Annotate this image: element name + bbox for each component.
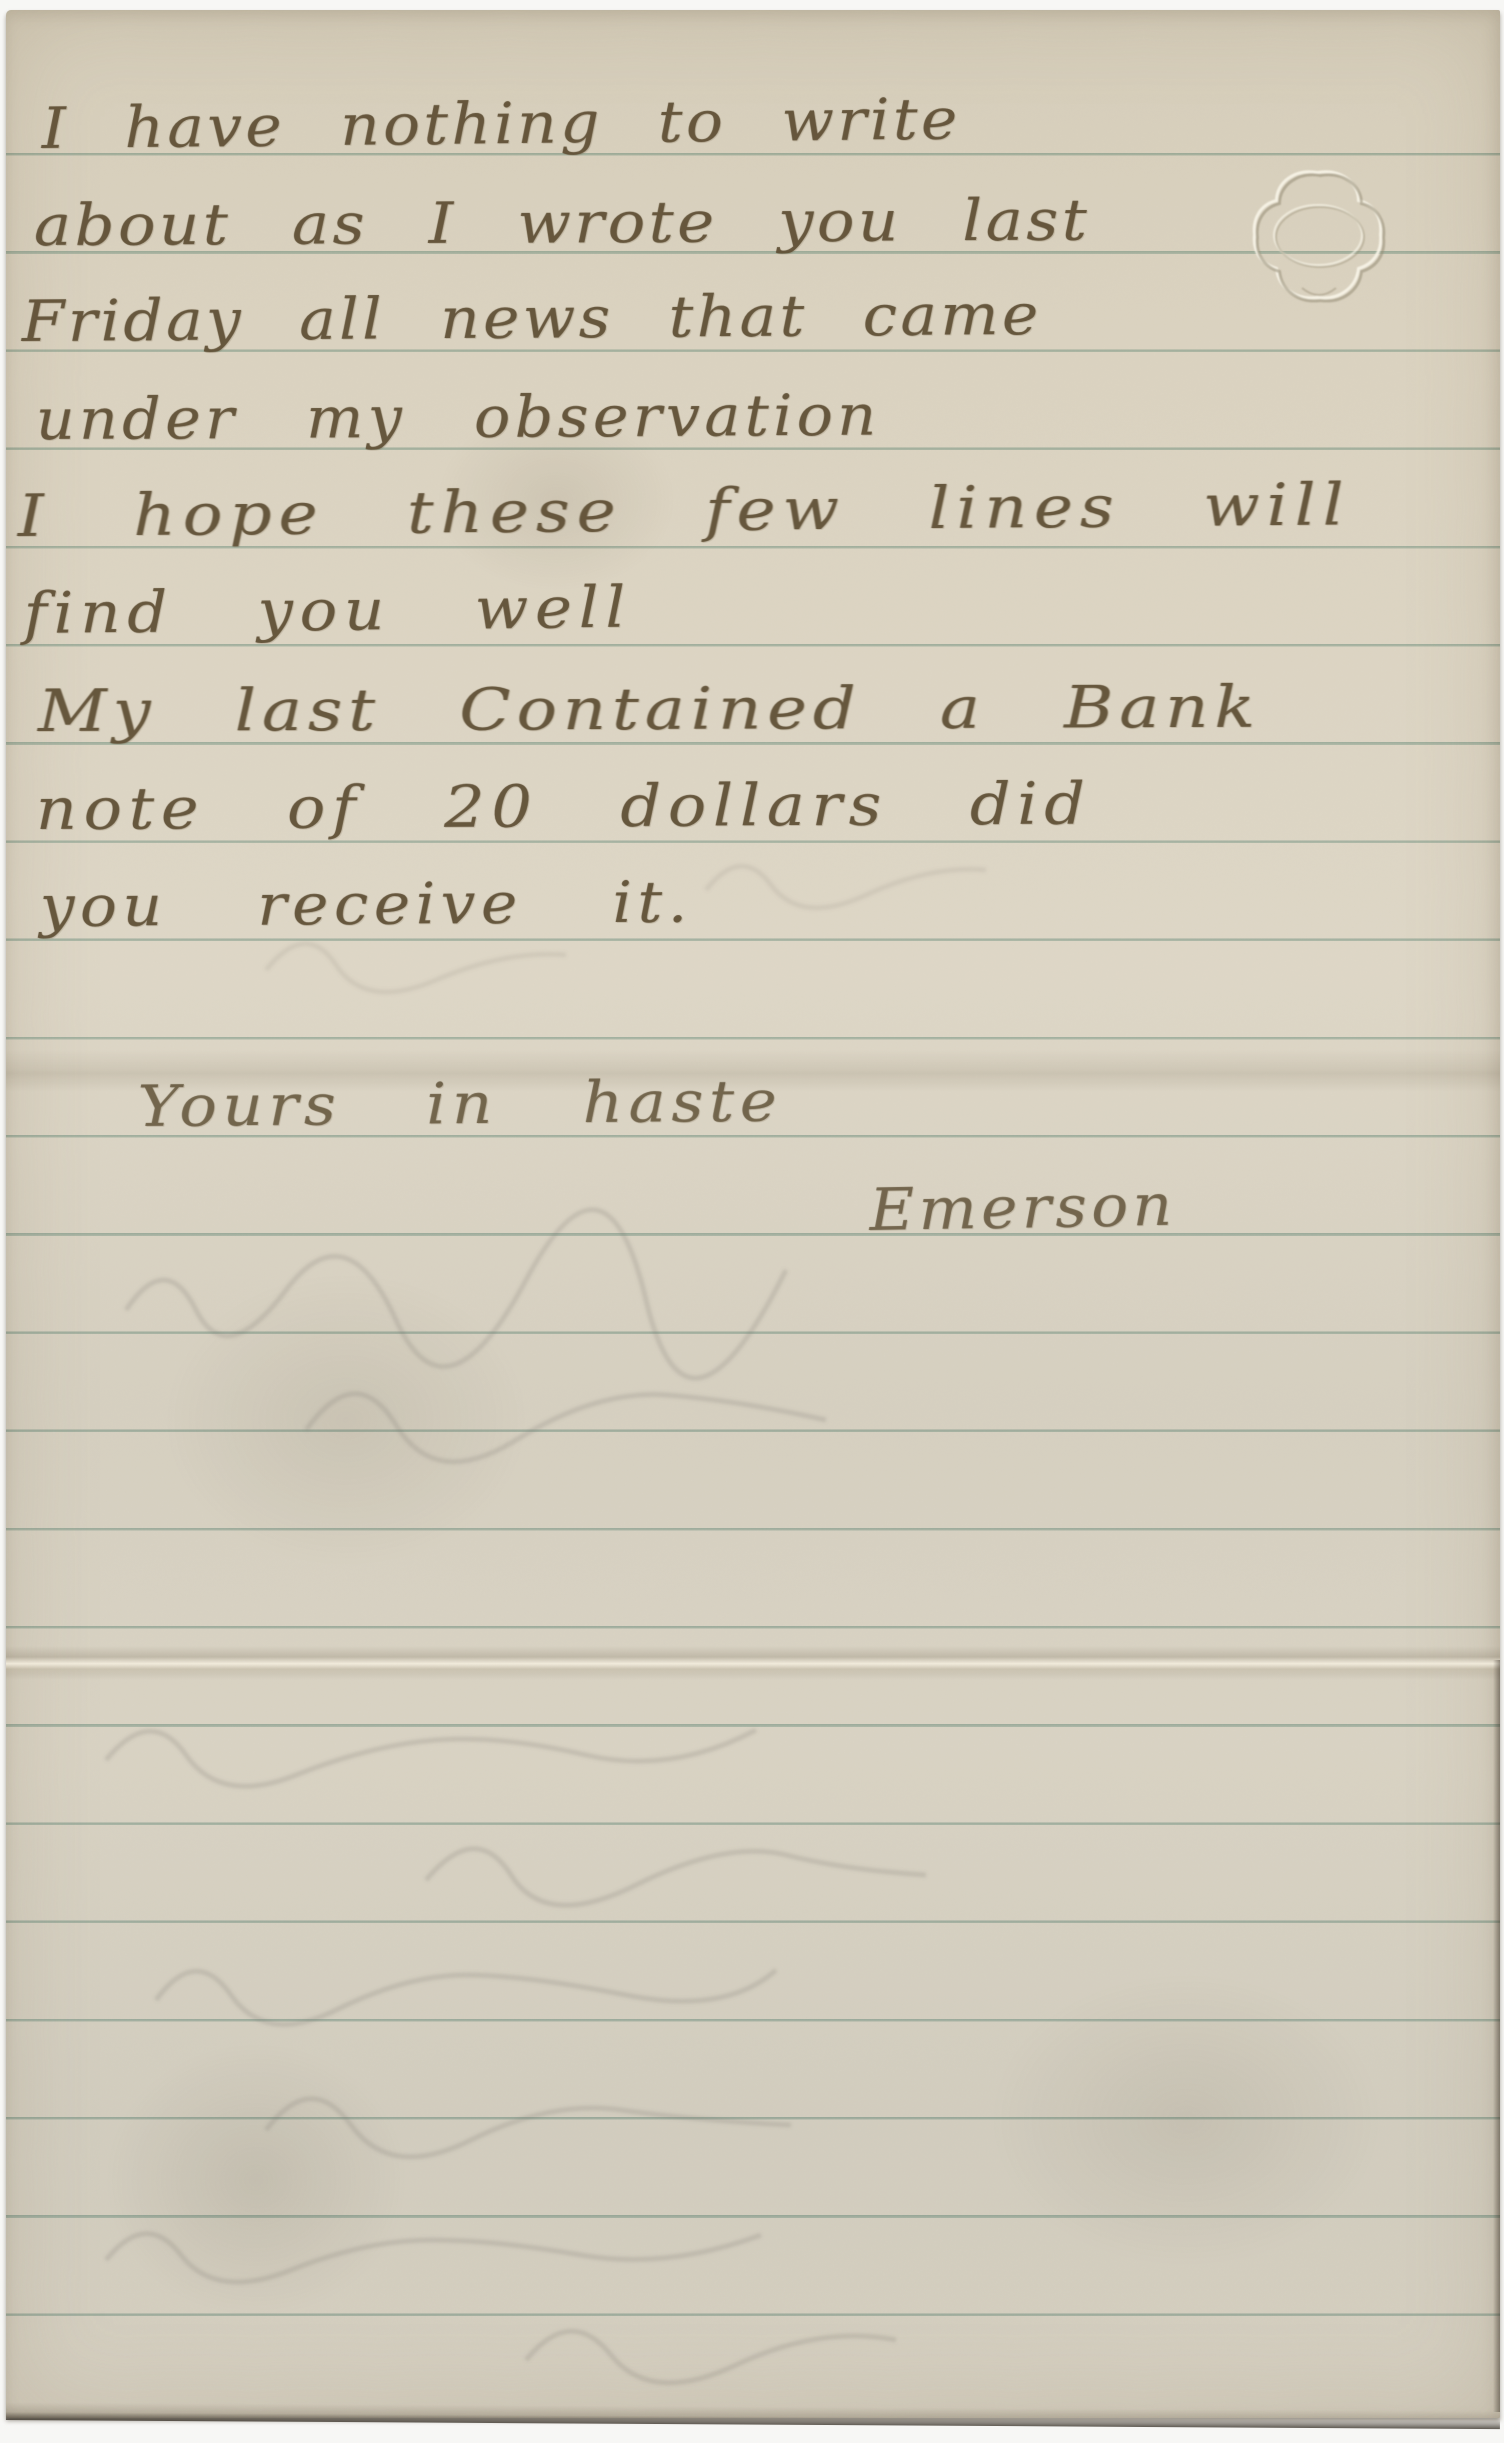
scanned-page: I have nothing to write about as I wrote… <box>0 0 1504 2443</box>
paper-grain <box>6 10 1500 2418</box>
letter-paper: I have nothing to write about as I wrote… <box>6 10 1500 2418</box>
